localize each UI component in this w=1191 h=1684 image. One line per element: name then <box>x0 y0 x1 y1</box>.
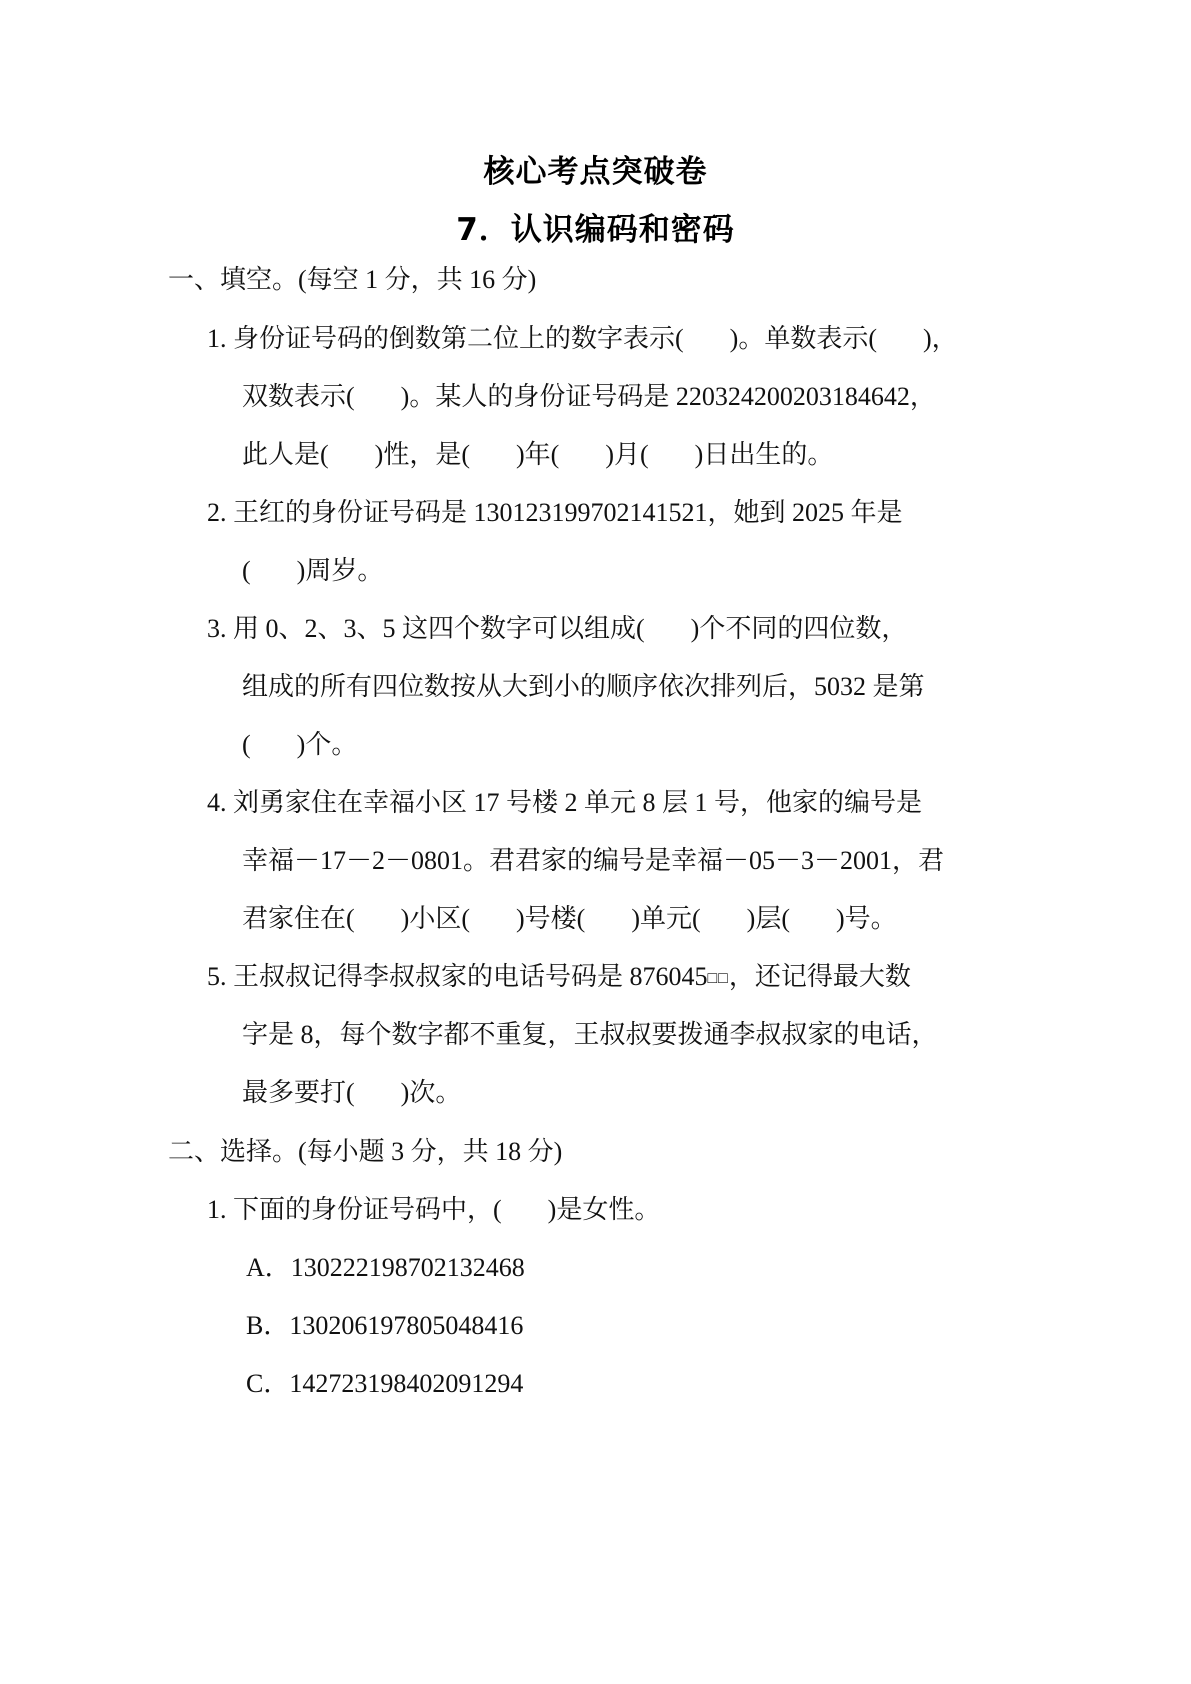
text: 最多要打( <box>242 1078 355 1107</box>
s1-q4-line2: 幸福－17－2－0801。君君家的编号是幸福－05－3－2001，君 <box>242 845 944 877</box>
text: 用 0、2、3、5 这四个数字可以组成( <box>233 614 645 643</box>
s1-q5-line1: 5. 王叔叔记得李叔叔家的电话号码是 876045□□，还记得最大数 <box>207 961 911 995</box>
text: 王叔叔记得李叔叔家的电话号码是 876045 <box>233 962 708 991</box>
text: )号楼( <box>516 904 585 933</box>
s1-q5-line3: 最多要打()次。 <box>242 1077 461 1109</box>
option-a[interactable]: A．130222198702132468 <box>246 1252 525 1284</box>
option-label: A． <box>246 1253 291 1282</box>
question-number: 2. <box>207 498 227 527</box>
text: )单元( <box>631 904 700 933</box>
page-subtitle: 7．认识编码和密码 <box>0 204 1191 249</box>
text: 刘勇家住在幸福小区 17 号楼 2 单元 8 层 1 号，他家的编号是 <box>233 788 922 817</box>
question-number: 1. <box>207 1195 227 1224</box>
option-label: C． <box>246 1369 289 1398</box>
missing-digit-boxes: □□ <box>708 970 729 987</box>
text: 幸福－17－2－0801。君君家的编号是幸福－05－3－2001，君 <box>242 846 944 875</box>
text: ( <box>242 730 251 759</box>
s1-q3-line1: 3. 用 0、2、3、5 这四个数字可以组成()个不同的四位数， <box>207 613 907 645</box>
text: ( <box>242 556 251 585</box>
text: 字是 8，每个数字都不重复，王叔叔要拨通李叔叔家的电话， <box>242 1020 938 1049</box>
text: )号。 <box>836 904 897 933</box>
text: )小区( <box>401 904 470 933</box>
section2-heading: 二、选择。(每小题 3 分，共 18 分) <box>168 1136 562 1168</box>
text: )层( <box>747 904 790 933</box>
page-title: 核心考点突破卷 <box>0 146 1191 191</box>
text: 君家住在( <box>242 904 355 933</box>
s2-q1-stem: 1. 下面的身份证号码中，()是女性。 <box>207 1194 660 1226</box>
option-value: 142723198402091294 <box>289 1369 523 1398</box>
text: 身份证号码的倒数第二位上的数字表示( <box>233 324 684 353</box>
s1-q3-line2: 组成的所有四位数按从大到小的顺序依次排列后，5032 是第 <box>242 671 925 703</box>
s1-q1-line2: 双数表示()。某人的身份证号码是 220324200203184642， <box>242 381 936 413</box>
text: 组成的所有四位数按从大到小的顺序依次排列后，5032 是第 <box>242 672 925 701</box>
text: 双数表示( <box>242 382 355 411</box>
text: )年( <box>516 440 559 469</box>
s1-q1-line3: 此人是()性，是()年()月()日出生的。 <box>242 439 833 471</box>
s1-q3-line3: ()个。 <box>242 729 357 761</box>
question-number: 1. <box>207 324 227 353</box>
text: 下面的身份证号码中，( <box>233 1195 502 1224</box>
text: )性，是( <box>375 440 470 469</box>
text: )是女性。 <box>548 1195 661 1224</box>
text: )。某人的身份证号码是 220324200203184642， <box>401 382 936 411</box>
s1-q2-line2: ()周岁。 <box>242 555 383 587</box>
question-number: 3. <box>207 614 227 643</box>
exam-page: 核心考点突破卷 7．认识编码和密码 一、填空。(每空 1 分，共 16 分) 1… <box>0 0 1191 1684</box>
text: 此人是( <box>242 440 329 469</box>
option-value: 130206197805048416 <box>289 1311 523 1340</box>
text: )。单数表示( <box>730 324 877 353</box>
section1-heading: 一、填空。(每空 1 分，共 16 分) <box>168 264 536 296</box>
text: )日出生的。 <box>695 440 834 469</box>
s1-q4-line1: 4. 刘勇家住在幸福小区 17 号楼 2 单元 8 层 1 号，他家的编号是 <box>207 787 922 819</box>
s1-q1-line1: 1. 身份证号码的倒数第二位上的数字表示()。单数表示()， <box>207 323 958 355</box>
text: )， <box>923 324 958 353</box>
s1-q5-line2: 字是 8，每个数字都不重复，王叔叔要拨通李叔叔家的电话， <box>242 1019 938 1051</box>
question-number: 5. <box>207 962 227 991</box>
text: )周岁。 <box>297 556 384 585</box>
text: )次。 <box>401 1078 462 1107</box>
option-value: 130222198702132468 <box>291 1253 525 1282</box>
text: )个。 <box>297 730 358 759</box>
s1-q4-line3: 君家住在()小区()号楼()单元()层()号。 <box>242 903 897 935</box>
question-number: 4. <box>207 788 227 817</box>
s1-q2-line1: 2. 王红的身份证号码是 130123199702141521，她到 2025 … <box>207 497 903 529</box>
text: )个不同的四位数， <box>691 614 908 643</box>
option-b[interactable]: B．130206197805048416 <box>246 1310 523 1342</box>
option-c[interactable]: C．142723198402091294 <box>246 1368 523 1400</box>
text: ，还记得最大数 <box>729 962 911 991</box>
text: )月( <box>605 440 648 469</box>
text: 王红的身份证号码是 130123199702141521，她到 2025 年是 <box>233 498 903 527</box>
option-label: B． <box>246 1311 289 1340</box>
